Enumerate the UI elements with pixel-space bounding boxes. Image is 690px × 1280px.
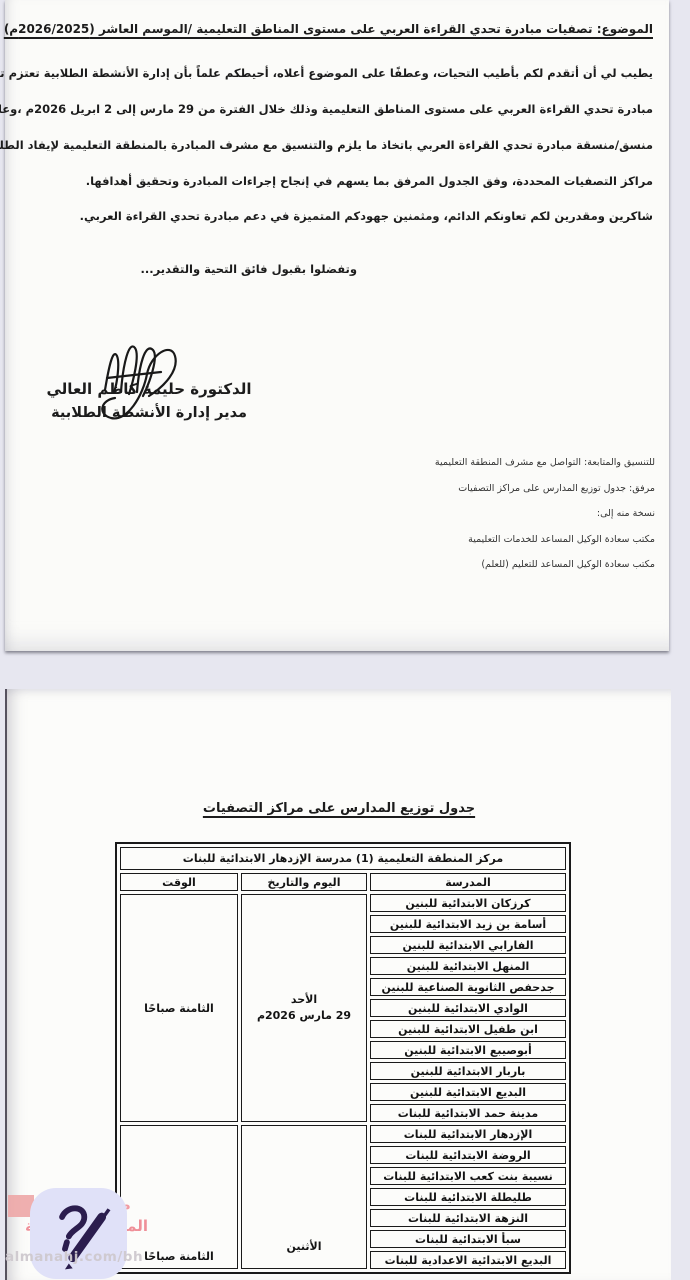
school-cell: كرزكان الابتدائية للبنين: [370, 894, 566, 912]
school-cell: أبوصيبع الابتدائية للبنين: [370, 1041, 566, 1059]
school-cell: النزهة الابتدائية للبنات: [370, 1209, 566, 1227]
table-center-header: مركز المنطقة التعليمية (1) مدرسة الإزدها…: [120, 847, 566, 870]
school-cell: طليطلة الابتدائية للبنات: [370, 1188, 566, 1206]
time-cell: الثامنة صباحًا: [120, 894, 238, 1122]
body-line: يطيب لي أن أتقدم لكم بأطيب التحيات، وعطف…: [39, 66, 653, 81]
school-cell: نسيبة بنت كعب الابتدائية للبنات: [370, 1167, 566, 1185]
table-row: الإزدهار الابتدائية للبناتالأثنينالثامنة…: [120, 1125, 566, 1143]
watermark-url: almanahj.com/bh: [5, 1249, 143, 1265]
note-line: مكتب سعادة الوكيل المساعد للتعليم (للعلم…: [435, 559, 655, 570]
table-center-header-row: مركز المنطقة التعليمية (1) مدرسة الإزدها…: [120, 847, 566, 870]
col-header-daydate: اليوم والتاريخ: [241, 873, 367, 891]
school-cell: المنهل الابتدائية للبنين: [370, 957, 566, 975]
school-cell: ابن طفيل الابتدائية للبنين: [370, 1020, 566, 1038]
school-cell: أسامة بن زيد الابتدائية للبنين: [370, 915, 566, 933]
day-date-cell: الأثنين: [241, 1125, 367, 1269]
letter-page: الموضوع: تصفيات مبادرة تحدي القراءة العر…: [5, 0, 669, 651]
school-cell: سبأ الابتدائية للبنات: [370, 1230, 566, 1248]
school-cell: البديع الابتدائية الاعدادية للبنات: [370, 1251, 566, 1269]
body-line: منسق/منسقة مبادرة تحدي القراءة العربي با…: [39, 138, 653, 153]
table-title: جدول توزيع المدارس على مراكز التصفيات: [7, 801, 671, 816]
screenshot-root: { "page1": { "subject": "الموضوع: تصفيات…: [0, 0, 690, 1280]
school-cell: الروضة الابتدائية للبنات: [370, 1146, 566, 1164]
school-cell: جدحفص الثانوية الصناعية للبنين: [370, 978, 566, 996]
signature-scribble: [87, 326, 199, 430]
pencil-question-icon: [30, 1188, 127, 1279]
school-cell: الفارابي الابتدائية للبنين: [370, 936, 566, 954]
subject-line: الموضوع: تصفيات مبادرة تحدي القراءة العر…: [4, 22, 653, 36]
body-line: شاكرين ومقدرين لكم تعاونكم الدائم، ومثمن…: [80, 209, 653, 223]
school-cell: الإزدهار الابتدائية للبنات: [370, 1125, 566, 1143]
school-cell: باربار الابتدائية للبنين: [370, 1062, 566, 1080]
day-label: الأحد: [243, 992, 365, 1008]
note-line: مكتب سعادة الوكيل المساعد للخدمات التعلي…: [435, 534, 655, 545]
footer-notes: للتنسيق والمتابعة: التواصل مع مشرف المنط…: [435, 457, 655, 585]
table-row: كرزكان الابتدائية للبنينالأحد29 مارس 202…: [120, 894, 566, 912]
school-cell: الوادي الابتدائية للبنين: [370, 999, 566, 1017]
note-line: للتنسيق والمتابعة: التواصل مع مشرف المنط…: [435, 457, 655, 468]
col-header-time: الوقت: [120, 873, 238, 891]
closing-salutation: وتفضلوا بقبول فائق التحية والتقدير...: [141, 262, 357, 276]
school-cell: البديع الابتدائية للبنين: [370, 1083, 566, 1101]
distribution-table: مركز المنطقة التعليمية (1) مدرسة الإزدها…: [115, 842, 571, 1274]
day-label: الأثنين: [243, 1239, 365, 1255]
note-line: مرفق: جدول توزيع المدارس على مراكز التصف…: [435, 483, 655, 494]
body-line: مبادرة تحدي القراءة العربي على مستوى الم…: [39, 102, 653, 117]
day-date-cell: الأحد29 مارس 2026م: [241, 894, 367, 1122]
note-line: نسخة منه إلى:: [435, 508, 655, 519]
almanahj-watermark: موقع المناهج البحرينية almanahj.com/bh: [0, 1183, 160, 1280]
table-column-header-row: المدرسة اليوم والتاريخ الوقت: [120, 873, 566, 891]
school-cell: مدينة حمد الابتدائية للبنات: [370, 1104, 566, 1122]
date-label: 29 مارس 2026م: [243, 1008, 365, 1024]
body-line: مراكز التصفيات المحددة، وفق الجدول المرف…: [86, 174, 653, 188]
col-header-school: المدرسة: [370, 873, 566, 891]
